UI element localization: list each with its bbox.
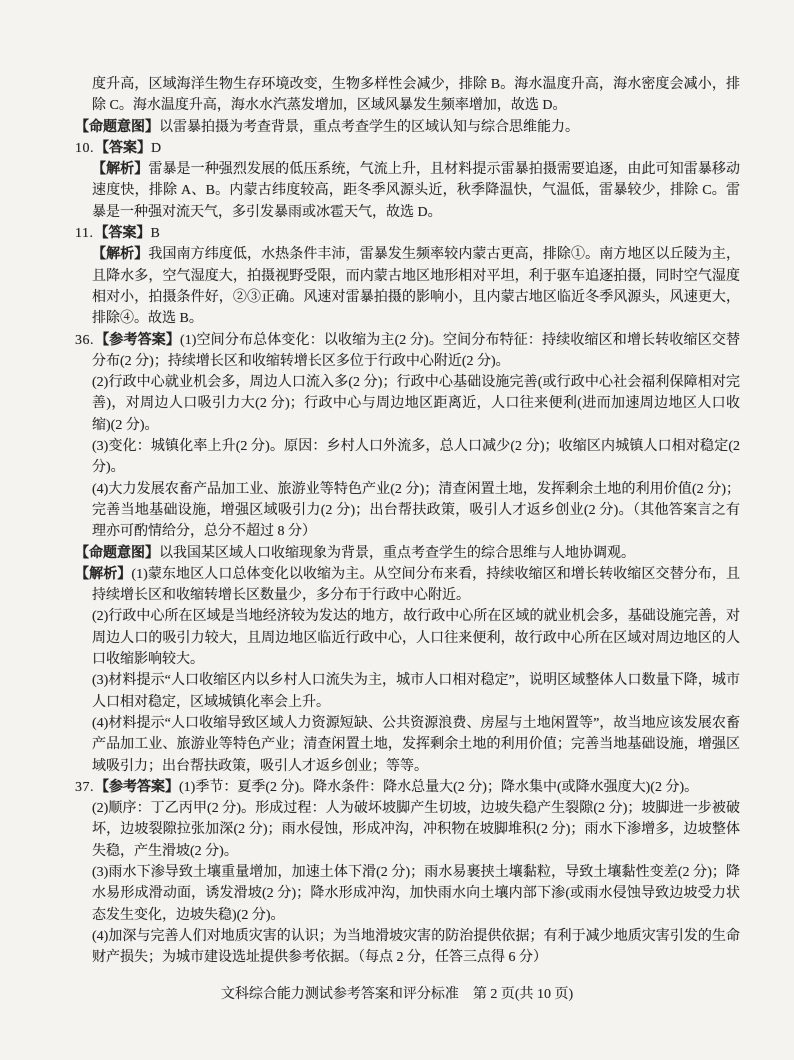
analysis-part-4: (4)材料提示“人口收缩导致区域人力资源短缺、公共资源浪费、房屋与土地闲置等”，… [92,716,740,774]
intent-text: 以雷暴拍摄为考查背景，重点考查学生的区域认知与综合思维能力。 [159,120,579,135]
scanned-answer-page: 度升高，区域海洋生物生存环境改变，生物多样性会减少，排除 B。海水温度升高，海水… [0,0,794,1060]
question-36-analysis-p1: 【解析】(1)蒙东地区人口总体变化以收缩为主。从空间分布来看，持续收缩区和增长转… [92,564,740,607]
footer-text: 文科综合能力测试参考答案和评分标准 第 2 页(共 10 页) [221,987,573,1002]
answer-part-2: (2)行政中心就业机会多，周边人口流入多(2 分)；行政中心基础设施完善(或行政… [92,375,740,433]
answer-part-2: (2)顺序：丁乙丙甲(2 分)。形成过程：人为破坏坡脚产生切坡，边坡失稳产生裂隙… [92,801,740,859]
question-10-answer-line: 10.【答案】D [92,138,740,159]
continued-paragraph: 度升高，区域海洋生物生存环境改变，生物多样性会减少，排除 B。海水温度升高，海水… [92,74,740,117]
question-36-analysis-p4: (4)材料提示“人口收缩导致区域人力资源短缺、公共资源浪费、房屋与土地闲置等”，… [92,713,740,777]
analysis-part-1: (1)蒙东地区人口总体变化以收缩为主。从空间分布来看，持续收缩区和增长转收缩区交… [92,567,740,603]
intent-label: 【命题意图】 [75,120,159,135]
question-10-analysis: 【解析】雷暴是一种强烈发展的低压系统，气流上升，且材料提示雷暴拍摄需要追逐，由此… [92,159,740,223]
answer-part-3: (3)雨水下渗导致土壤重量增加，加速土体下滑(2 分)；雨水易裹挟土壤黏粒，导致… [92,865,740,923]
question-37-answer-p3: (3)雨水下渗导致土壤重量增加，加速土体下滑(2 分)；雨水易裹挟土壤黏粒，导致… [92,862,740,926]
question-number: 11. [75,226,94,241]
analysis-text: 雷暴是一种强烈发展的低压系统，气流上升，且材料提示雷暴拍摄需要追逐，由此可知雷暴… [92,162,740,220]
question-36-analysis-p2: (2)行政中心所在区域是当地经济较为发达的地方，故行政中心所在区域的就业机会多，… [92,606,740,670]
answer-label: 【答案】 [94,226,150,241]
page-footer: 文科综合能力测试参考答案和评分标准 第 2 页(共 10 页) [0,983,794,1003]
reference-answer-label: 【参考答案】 [95,780,179,795]
analysis-label: 【解析】 [75,567,131,582]
answer-part-1: (1)季节：夏季(2 分)。降水条件：降水总量大(2 分)；降水集中(或降水强度… [179,780,698,795]
question-37-answer-p4: (4)加深与完善人们对地质灾害的认识；为当地滑坡灾害的防治提供依据；有利于减少地… [92,926,740,969]
analysis-text: 我国南方纬度低，水热条件丰沛，雷暴发生频率较内蒙古更高，排除①。南方地区以丘陵为… [92,247,740,326]
answer-part-4: (4)大力发展农畜产品加工业、旅游业等特色产业(2 分)；清查闲置土地，发挥剩余… [92,482,740,540]
question-number: 37. [75,780,95,795]
answer-value: D [151,141,161,156]
analysis-label: 【解析】 [92,247,148,262]
answer-value: B [150,226,159,241]
page-body-text: 度升高，区域海洋生物生存环境改变，生物多样性会减少，排除 B。海水温度升高，海水… [92,74,740,968]
question-number: 36. [75,333,95,348]
intent-text: 以我国某区域人口收缩现象为背景，重点考查学生的综合思维与人地协调观。 [159,546,635,561]
analysis-part-2: (2)行政中心所在区域是当地经济较为发达的地方，故行政中心所在区域的就业机会多，… [92,609,740,667]
answer-part-4: (4)加深与完善人们对地质灾害的认识；为当地滑坡灾害的防治提供依据；有利于减少地… [92,929,740,965]
answer-part-1: (1)空间分布总体变化：以收缩为主(2 分)。空间分布特征：持续收缩区和增长转收… [92,333,740,369]
intent-note-2: 【命题意图】以我国某区域人口收缩现象为背景，重点考查学生的综合思维与人地协调观。 [92,543,740,564]
answer-part-3: (3)变化：城镇化率上升(2 分)。原因：乡村人口外流多，总人口减少(2 分)；… [92,439,740,475]
question-36-answer-p3: (3)变化：城镇化率上升(2 分)。原因：乡村人口外流多，总人口减少(2 分)；… [92,436,740,479]
analysis-part-3: (3)材料提示“人口收缩区内以乡村人口流失为主，城市人口相对稳定”，说明区域整体… [92,673,740,709]
question-36-analysis-p3: (3)材料提示“人口收缩区内以乡村人口流失为主，城市人口相对稳定”，说明区域整体… [92,670,740,713]
question-number: 10. [75,141,95,156]
analysis-label: 【解析】 [92,162,148,177]
intent-label: 【命题意图】 [75,546,159,561]
intent-note-1: 【命题意图】以雷暴拍摄为考查背景，重点考查学生的区域认知与综合思维能力。 [92,117,740,138]
answer-label: 【答案】 [95,141,151,156]
question-37-answer-p2: (2)顺序：丁乙丙甲(2 分)。形成过程：人为破坏坡脚产生切坡，边坡失稳产生裂隙… [92,798,740,862]
question-37-answer-p1: 37.【参考答案】(1)季节：夏季(2 分)。降水条件：降水总量大(2 分)；降… [92,777,740,798]
reference-answer-label: 【参考答案】 [95,333,180,348]
continued-paragraph-text: 度升高，区域海洋生物生存环境改变，生物多样性会减少，排除 B。海水温度升高，海水… [92,77,740,113]
question-11-answer-line: 11.【答案】B [92,223,740,244]
question-36-answer-p4: (4)大力发展农畜产品加工业、旅游业等特色产业(2 分)；清查闲置土地，发挥剩余… [92,479,740,543]
question-36-answer-p2: (2)行政中心就业机会多，周边人口流入多(2 分)；行政中心基础设施完善(或行政… [92,372,740,436]
question-11-analysis: 【解析】我国南方纬度低，水热条件丰沛，雷暴发生频率较内蒙古更高，排除①。南方地区… [92,244,740,329]
question-36-answer-p1: 36.【参考答案】(1)空间分布总体变化：以收缩为主(2 分)。空间分布特征：持… [92,330,740,373]
